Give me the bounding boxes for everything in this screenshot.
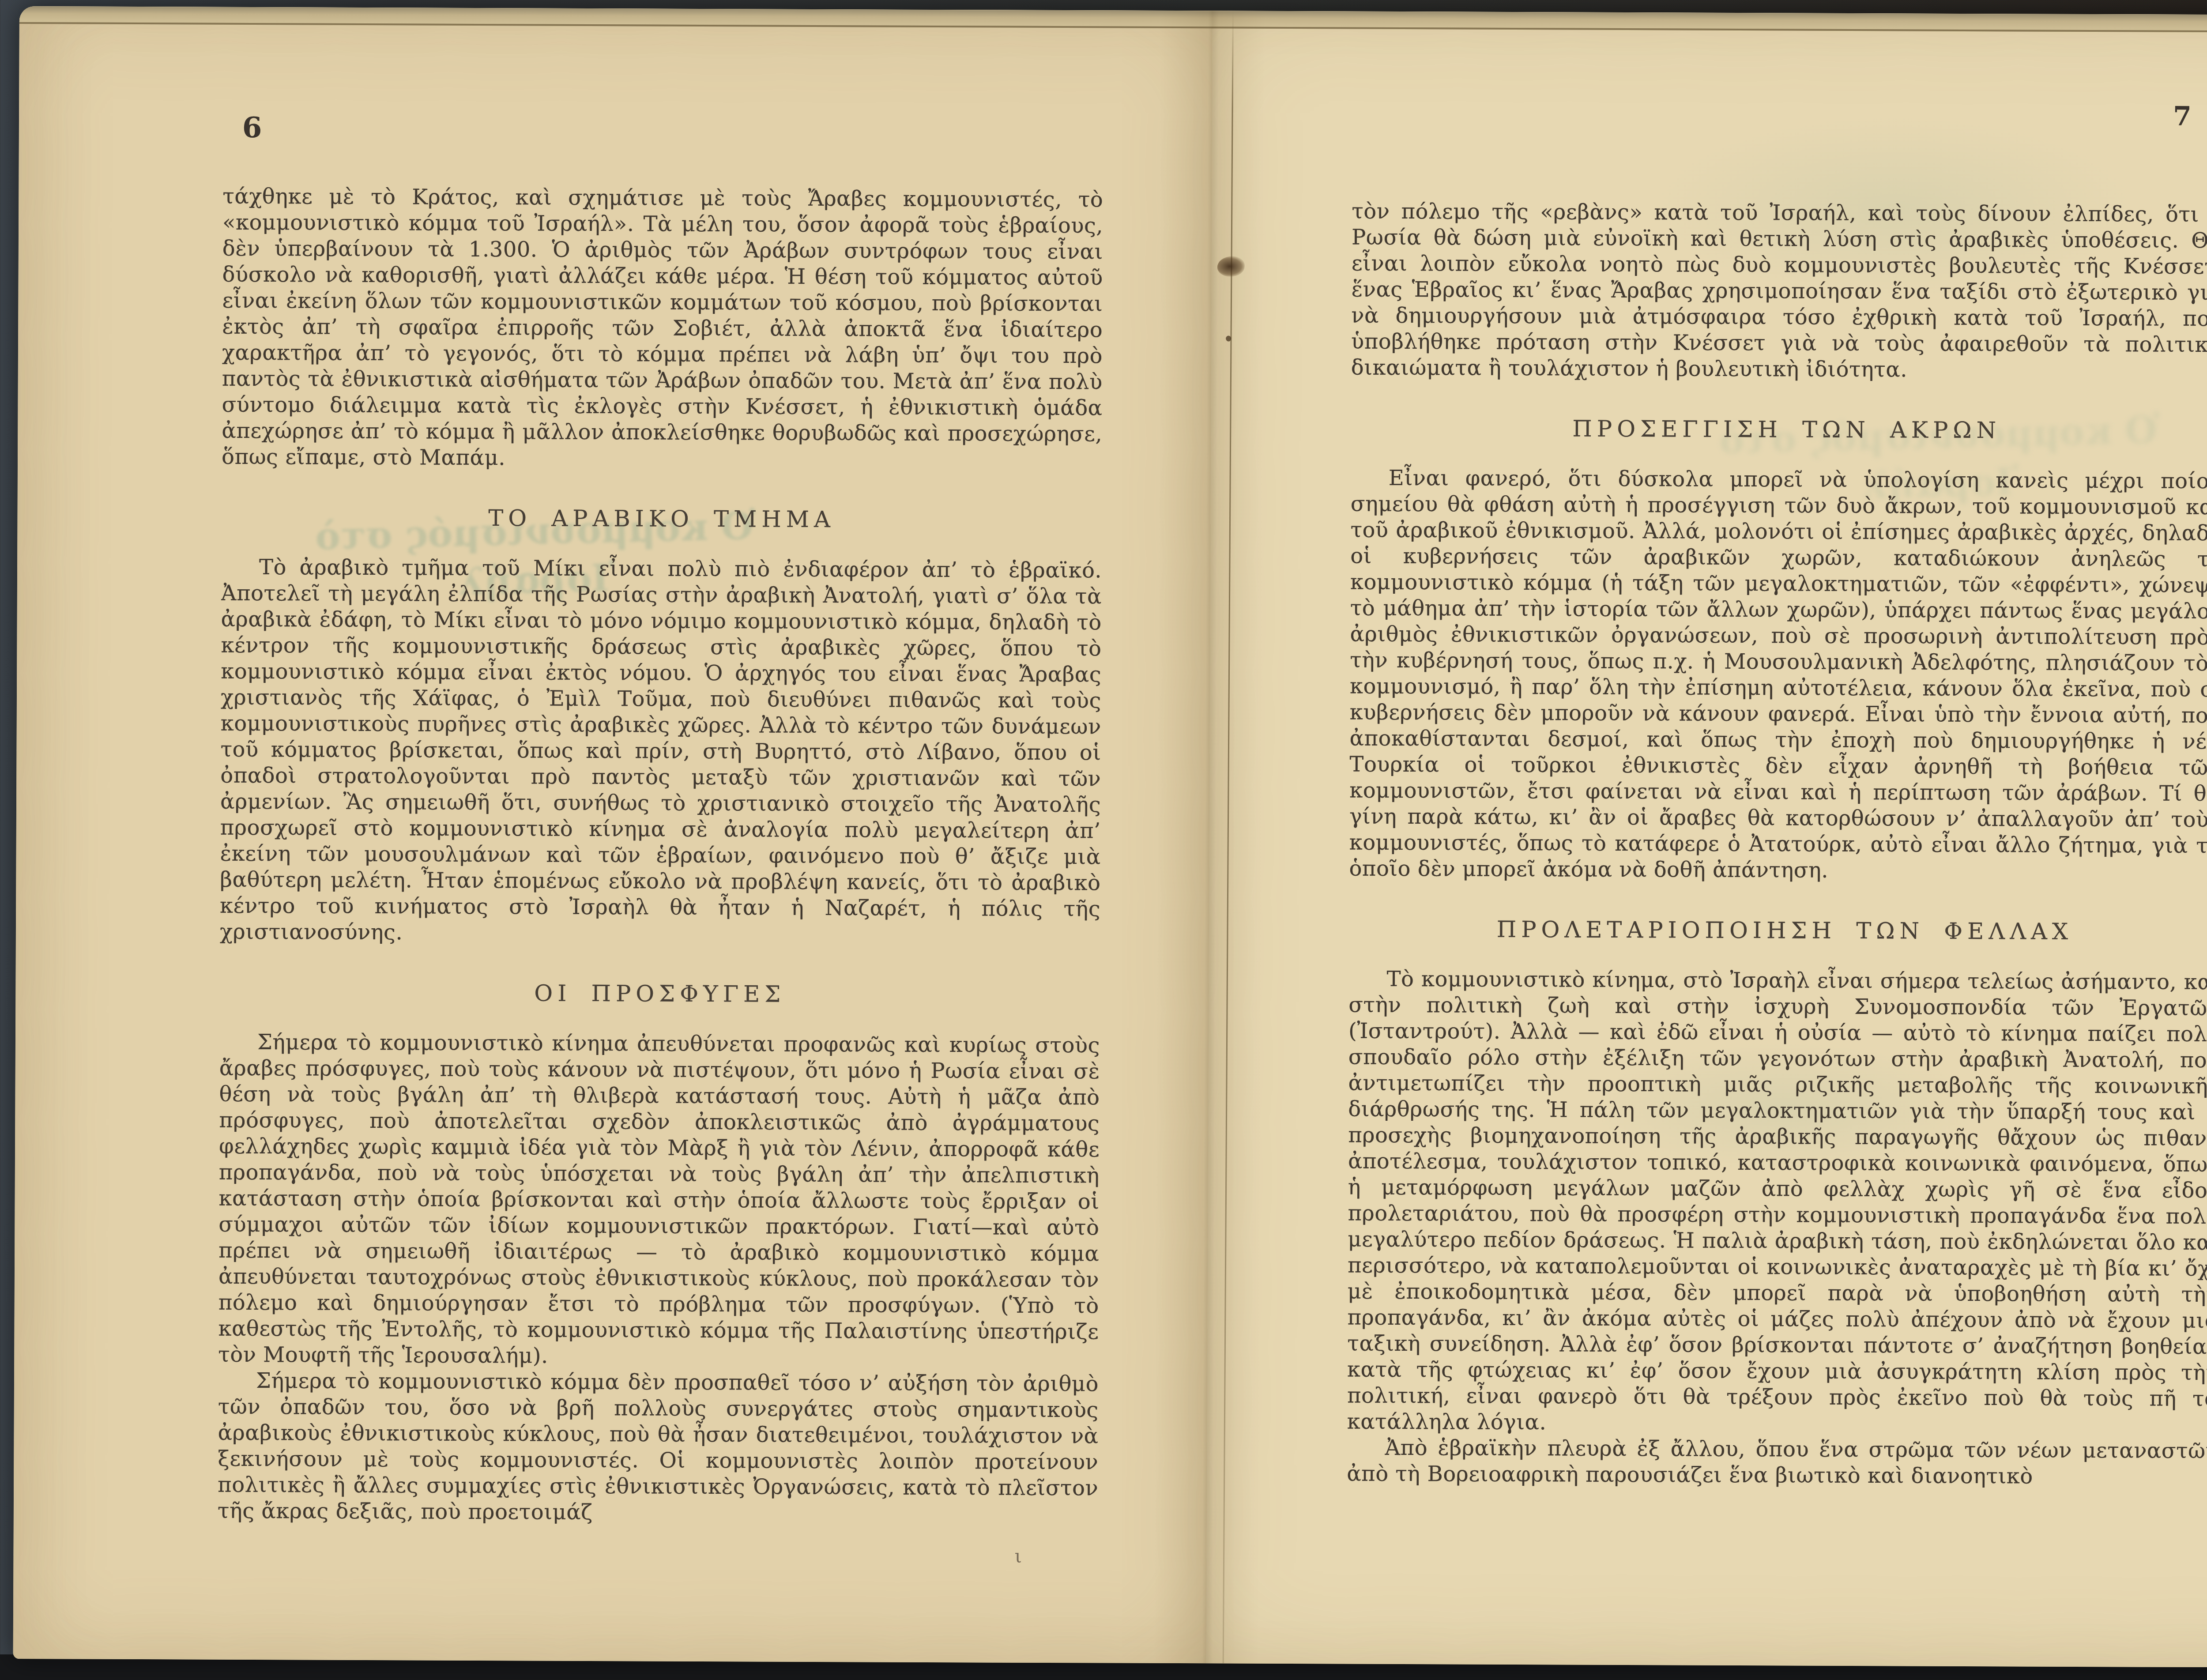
text-column-right: τὸν πόλεμο τῆς «ρεβὰνς» κατὰ τοῦ Ἰσραήλ,…	[1346, 199, 2207, 1579]
page-number-right: 7	[2173, 101, 2192, 132]
body-paragraph: Σήμερα τὸ κομμουνιστικὸ κίνημα ἀπευθύνετ…	[218, 1029, 1100, 1371]
body-paragraph: Σήμερα τὸ κομμουνιστικὸ κόμμα δὲν προσπα…	[218, 1368, 1099, 1528]
section-heading: ΟΙ ΠΡΟΣΦΥΓΕΣ	[219, 979, 1100, 1009]
ink-speck	[1226, 336, 1231, 342]
gutter-shadow	[1153, 11, 1265, 1664]
section-heading: ΤΟ ΑΡΑΒΙΚΟ ΤΜΗΜΑ	[221, 505, 1102, 534]
body-paragraph: τάχθηκε μὲ τὸ Κράτος, καὶ σχημάτισε μὲ τ…	[222, 184, 1103, 474]
stray-ink-mark: ι	[1014, 1545, 1022, 1567]
scanned-book-photo: { "document": { "kind": "scanned book sp…	[0, 0, 2207, 1680]
text-column-left: τάχθηκε μὲ τὸ Κράτος, καὶ σχημάτισε μὲ τ…	[217, 184, 1103, 1595]
ink-blot	[1217, 256, 1245, 276]
page-number-left: 6	[242, 111, 262, 144]
body-paragraph: Τὸ ἀραβικὸ τμῆμα τοῦ Μίκι εἶναι πολὺ πιὸ…	[220, 554, 1102, 949]
body-paragraph: Ἀπὸ ἑβραϊκὴν πλευρὰ ἐξ ἄλλου, ὅπου ἕνα σ…	[1347, 1435, 2207, 1491]
body-paragraph: Τὸ κομμουνιστικὸ κίνημα, στὸ Ἰσραὴλ εἶνα…	[1347, 966, 2207, 1439]
section-heading: ΠΡΟΣΕΓΓΙΣΗ ΤΩΝ ΑΚΡΩΝ	[1351, 415, 2207, 445]
book-spread: Ὁ κομμουνισμός στὸ Ἰσραήλ Ὁ κομμουνισμός…	[13, 6, 2207, 1668]
body-paragraph: Εἶναι φανερό, ὅτι δύσκολα μπορεῖ νὰ ὑπολ…	[1349, 465, 2207, 885]
section-heading: ΠΡΟΛΕΤΑΡΙΟΠΟΙΗΣΗ ΤΩΝ ΦΕΛΛΑΧ	[1349, 916, 2207, 946]
body-paragraph: τὸν πόλεμο τῆς «ρεβὰνς» κατὰ τοῦ Ἰσραήλ,…	[1351, 199, 2207, 384]
